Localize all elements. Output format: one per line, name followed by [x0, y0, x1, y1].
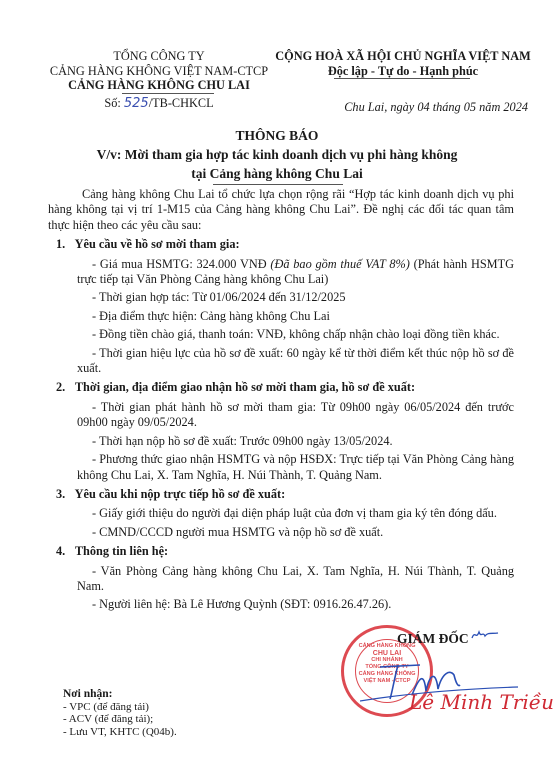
recipients-label: Nơi nhận: — [63, 688, 177, 701]
handwritten-number: 525 — [124, 96, 149, 111]
section-3-item: - CMND/CCCD người mua HSMTG và nộp hồ sơ… — [62, 525, 514, 540]
section-1-item: - Giá mua HSMTG: 324.000 VNĐ (Đã bao gồm… — [62, 257, 514, 288]
document-body: Cảng hàng không Chu Lai tổ chức lựa chọn… — [77, 187, 514, 616]
section-1-item: - Thời gian hợp tác: Từ 01/06/2024 đến 3… — [62, 290, 514, 305]
document-subject: V/v: Mời tham gia hợp tác kinh doanh dịc… — [0, 145, 554, 164]
signatory-name: Lê Minh Triều — [409, 690, 554, 714]
section-2-item: - Phương thức giao nhận HSMTG và nộp HSĐ… — [62, 452, 514, 483]
section-4-item: - Văn Phòng Cảng hàng không Chu Lai, X. … — [62, 564, 514, 595]
intro-paragraph: Cảng hàng không Chu Lai tổ chức lựa chọn… — [48, 187, 514, 233]
document-title: THÔNG BÁO — [0, 126, 554, 145]
document-number: Số: 525/TB-CHKCL — [40, 96, 278, 112]
section-4-heading: 4. Thông tin liên hệ: — [56, 544, 514, 559]
section-1-item: - Địa điểm thực hiện: Cảng hàng không Ch… — [62, 309, 514, 324]
title-underline — [213, 184, 343, 185]
document-title-block: THÔNG BÁO V/v: Mời tham gia hợp tác kinh… — [0, 126, 554, 183]
section-2-item: - Thời hạn nộp hồ sơ đề xuất: Trước 09h0… — [62, 434, 514, 449]
issuer-block: TỔNG CÔNG TY CẢNG HÀNG KHÔNG VIỆT NAM-CT… — [40, 49, 278, 111]
recipients-block: Nơi nhận: - VPC (để đăng tải) - ACV (để … — [63, 688, 177, 738]
section-3-heading: 3. Yêu cầu khi nộp trực tiếp hồ sơ đề xu… — [56, 487, 514, 502]
document-subject-line2: tại Cảng hàng không Chu Lai — [0, 164, 554, 183]
issuer-underline — [122, 93, 214, 94]
issue-date: Chu Lai, ngày 04 tháng 05 năm 2024 — [344, 100, 528, 115]
section-2-item: - Thời gian phát hành hồ sơ mời tham gia… — [62, 400, 514, 431]
section-4-item: - Người liên hệ: Bà Lê Hương Quỳnh (SĐT:… — [62, 597, 514, 612]
section-3-item: - Giấy giới thiệu do người đại diện pháp… — [62, 506, 514, 521]
motto-underline — [334, 78, 470, 79]
recipient-item: - ACV (để đăng tải); — [63, 713, 177, 726]
signatory-title: GIÁM ĐỐC — [397, 631, 469, 647]
recipient-item: - Lưu VT, KHTC (Q04b). — [63, 726, 177, 739]
section-1-item: - Đồng tiền chào giá, thanh toán: VNĐ, k… — [62, 327, 514, 342]
section-1-heading: 1. Yêu cầu về hồ sơ mời tham gia: — [56, 237, 514, 252]
initials-mark-icon — [470, 628, 500, 642]
country-name: CỘNG HOÀ XÃ HỘI CHỦ NGHĨA VIỆT NAM — [262, 49, 544, 64]
issuer-name: CẢNG HÀNG KHÔNG CHU LAI — [40, 78, 278, 93]
section-1-item: - Thời gian hiệu lực của hồ sơ đề xuất: … — [62, 346, 514, 377]
section-2-heading: 2. Thời gian, địa điểm giao nhận hồ sơ m… — [56, 380, 514, 395]
recipient-item: - VPC (để đăng tải) — [63, 701, 177, 714]
issuer-corporation: CẢNG HÀNG KHÔNG VIỆT NAM-CTCP — [40, 64, 278, 79]
issuer-parent: TỔNG CÔNG TY — [40, 49, 278, 64]
national-header: CỘNG HOÀ XÃ HỘI CHỦ NGHĨA VIỆT NAM Độc l… — [262, 49, 544, 79]
motto: Độc lập - Tự do - Hạnh phúc — [262, 64, 544, 79]
